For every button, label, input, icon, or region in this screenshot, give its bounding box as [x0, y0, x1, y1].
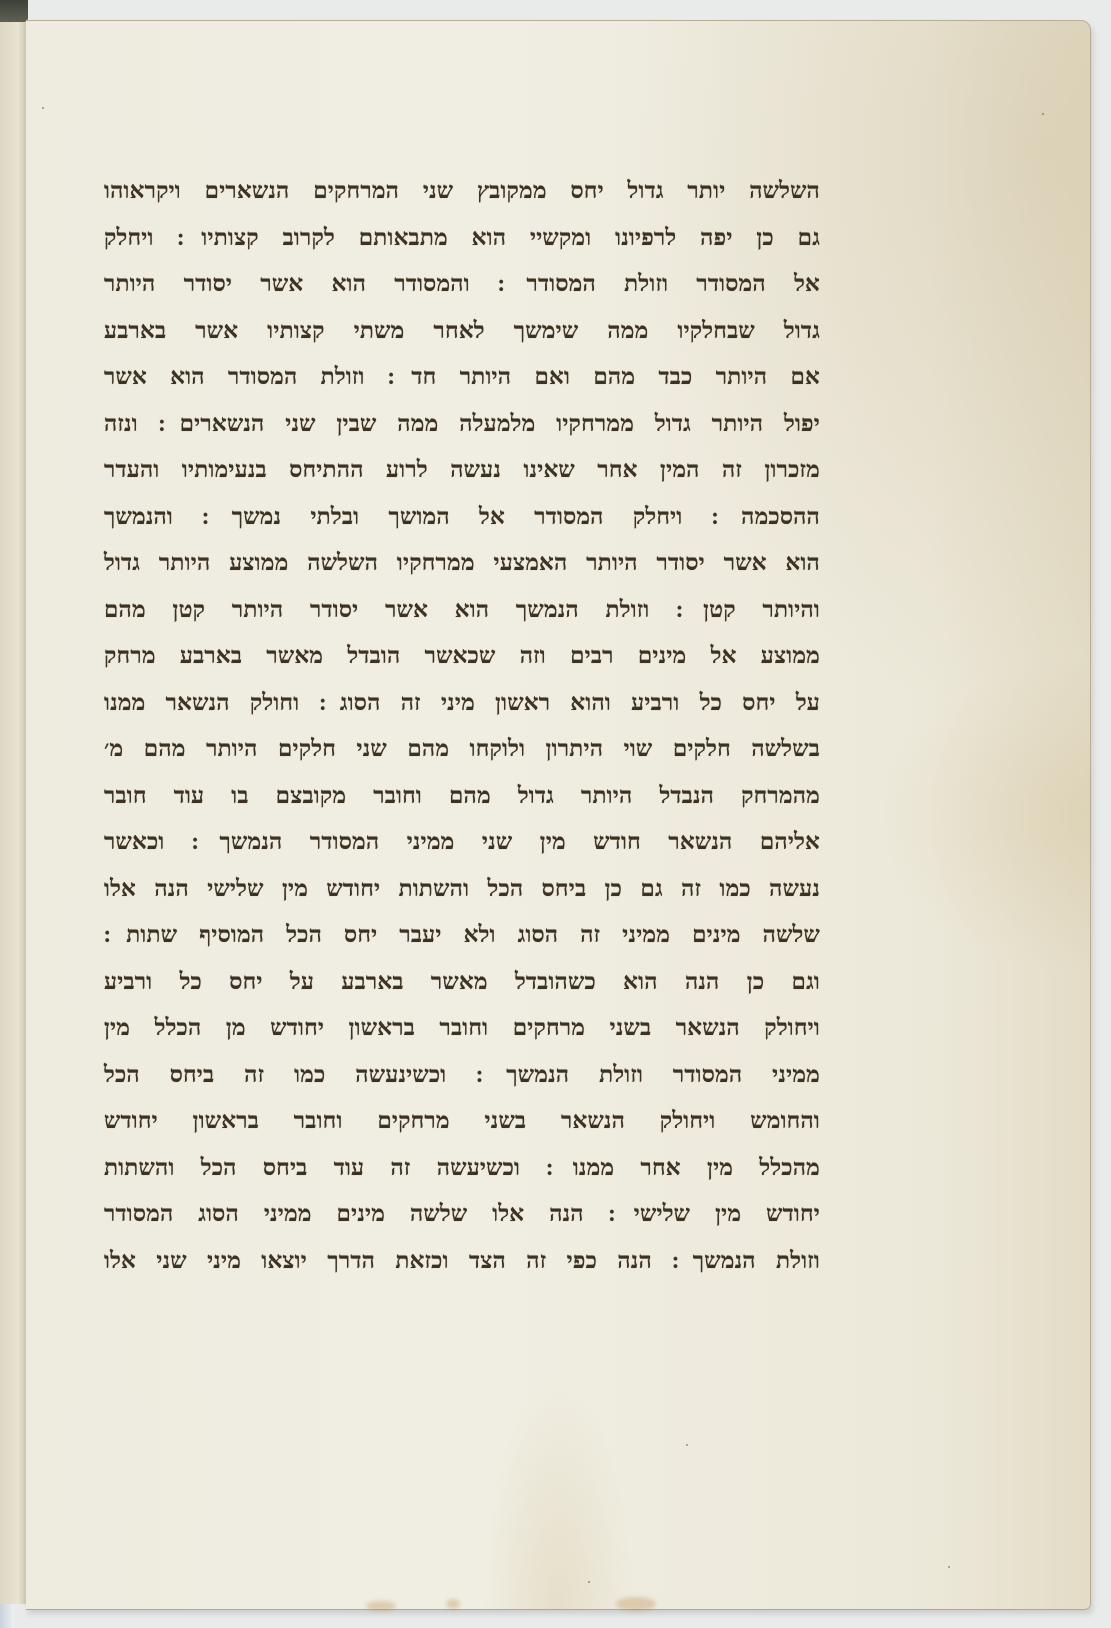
text-line: נעשה כמו זה גם כן ביחס הכל והשתות יחודש … [104, 866, 820, 913]
speck [42, 107, 44, 109]
text-line: מהמרחק הנבדל היותר גדול מהם וחובר מקובצם… [104, 773, 820, 820]
text-line: יחודש מין שלישי ׃ הנה אלו שלשה מינים ממי… [104, 1191, 820, 1238]
previous-leaf-edge [0, 22, 27, 1604]
stain [446, 1599, 460, 1609]
text-line: והיותר קטן ׃ וזולת הנמשך הוא אשר יסודר ה… [104, 587, 820, 634]
text-line: וזולת הנמשך ׃ הנה כפי זה הצד וכזאת הדרך … [104, 1238, 820, 1285]
text-line: מזכרון זה המין אחר שאינו נעשה לרוע ההתיח… [104, 447, 820, 494]
text-line: ממיני המסודר וזולת הנמשך ׃ וכשינעשה כמו … [104, 1052, 820, 1099]
text-line: על יחס כל ורביע והוא ראשון מיני זה הסוג … [104, 680, 820, 727]
text-line: מהכלל מין אחר ממנו ׃ וכשיעשה זה עוד ביחס… [104, 1145, 820, 1192]
text-line: ממוצע אל מינים רבים וזה שכאשר הובדל מאשר… [104, 633, 820, 680]
text-line: אל המסודר וזולת המסודר ׃ והמסודר הוא אשר… [104, 261, 820, 308]
text-line: אליהם הנשאר חודש מין שני ממיני המסודר הנ… [104, 819, 820, 866]
text-line: שלשה מינים ממיני זה הסוג ולא יעבר יחס הכ… [104, 912, 820, 959]
binding-corner-bottom [0, 1604, 14, 1628]
text-line: ויחולק הנשאר בשני מרחקים וחובר בראשון יח… [104, 1005, 820, 1052]
text-line: בשלשה חלקים שוי היתרון ולוקחו מהם שני חל… [104, 726, 820, 773]
speck [1042, 113, 1044, 115]
text-line: גם כן יפה לרפיונו ומקשיי הוא מתבאותם לקר… [104, 215, 820, 262]
text-line: גדול שבחלקיו ממה שימשך לאחר משתי קצותיו … [104, 308, 820, 355]
stain [616, 1597, 656, 1611]
text-line: אם היותר כבד מהם ואם היותר חד ׃ וזולת המ… [104, 354, 820, 401]
text-line: הוא אשר יסודר היותר האמצעי ממרחקיו השלשה… [104, 540, 820, 587]
text-line: השלשה יותר גדול יחס ממקובץ שני המרחקים ה… [104, 168, 820, 215]
manuscript-text-block: השלשה יותר גדול יחס ממקובץ שני המרחקים ה… [104, 168, 820, 1284]
speck [588, 1581, 590, 1583]
text-line: יפול היותר גדול ממרחקיו מלמעלה ממה שבין … [104, 401, 820, 448]
speck [948, 1566, 950, 1568]
binding-corner-top [0, 0, 28, 22]
text-line: ההסכמה ׃ ויחלק המסודר אל המושך ובלתי נמש… [104, 494, 820, 541]
text-line: והחומש ויחולק הנשאר בשני מרחקים וחובר בר… [104, 1098, 820, 1145]
speck [686, 1444, 688, 1446]
text-line: וגם כן הנה הוא כשהובדל מאשר בארבע על יחס… [104, 959, 820, 1006]
stain [366, 1601, 396, 1611]
